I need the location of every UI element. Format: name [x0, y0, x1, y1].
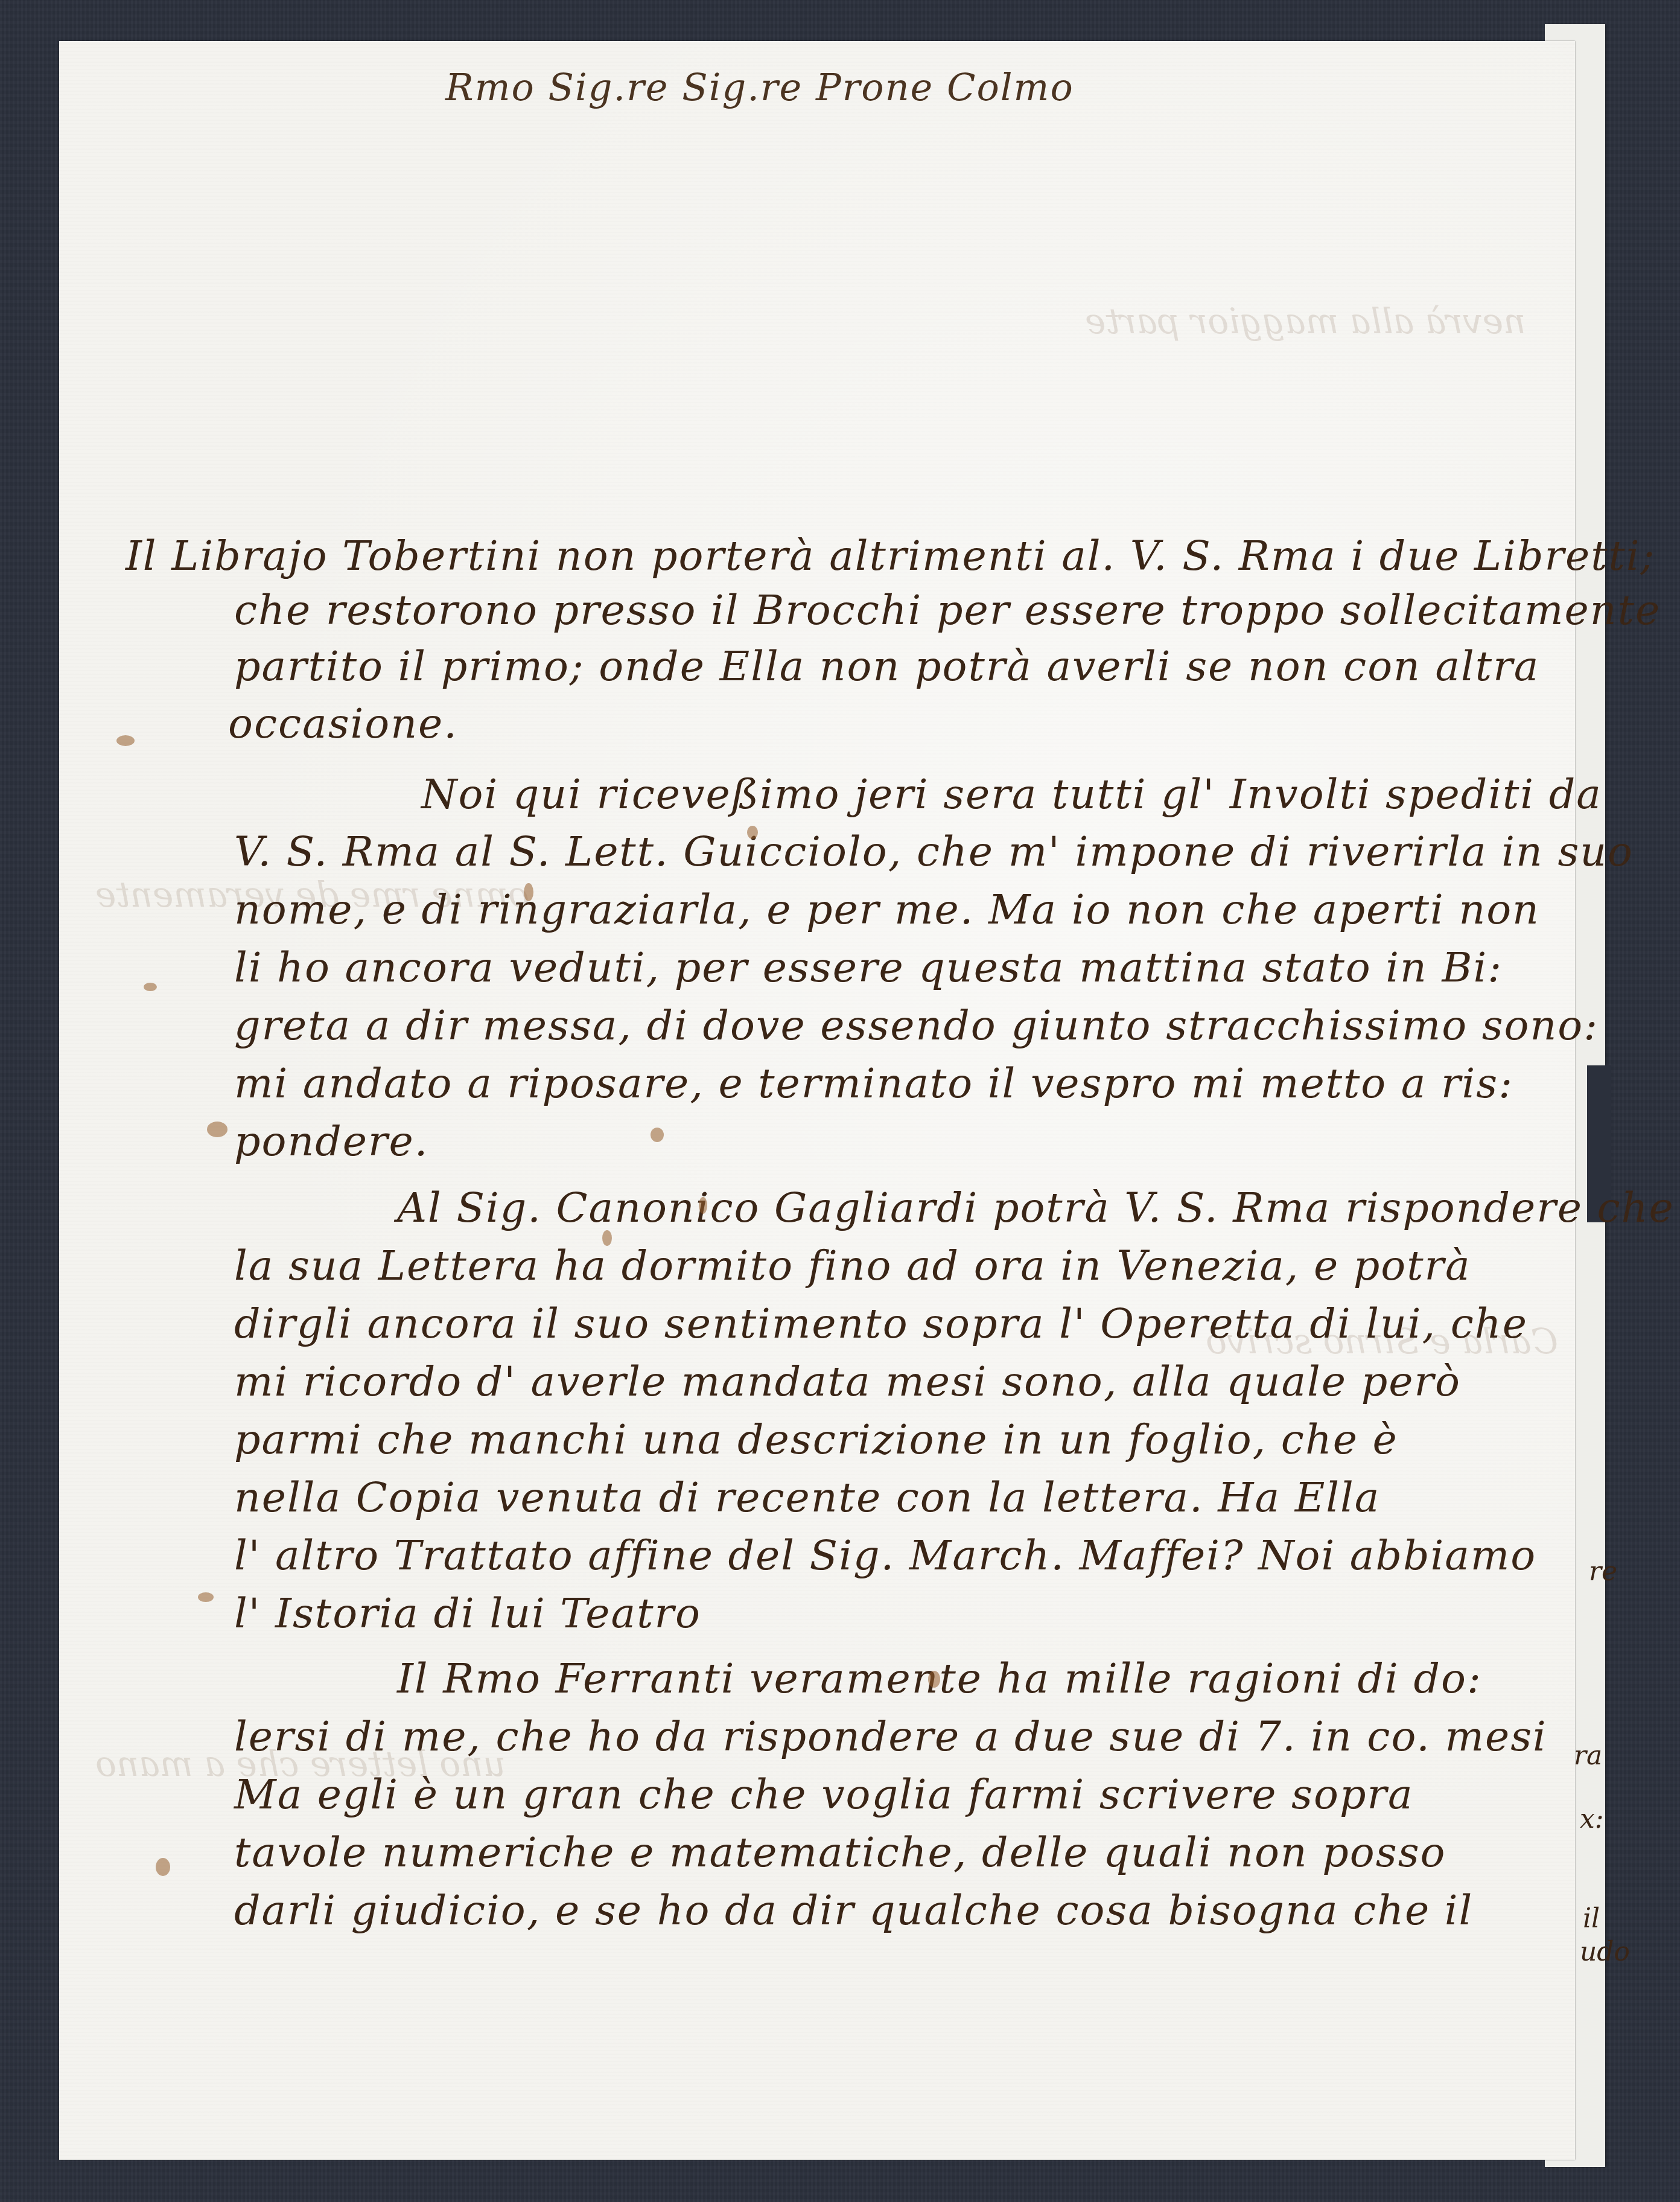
margin-note: ra	[1574, 1740, 1602, 1771]
foxing-spot	[602, 1230, 612, 1246]
letter-line: nella Copia venuta di recente con la let…	[234, 1478, 1380, 1519]
letter-line: partito il primo; onde Ella non potrà av…	[234, 646, 1539, 688]
letter-line: greta a dir messa, di dove essendo giunt…	[234, 1006, 1599, 1047]
foxing-spot	[747, 826, 758, 839]
margin-note: udo	[1580, 1936, 1630, 1967]
letter-line: occasione.	[228, 704, 458, 745]
letter-line: l' Istoria di lui Teatro	[234, 1594, 701, 1635]
letter-line: darli giudicio, e se ho da dir qualche c…	[234, 1891, 1473, 1932]
letter-line: dirgli ancora il suo sentimento sopra l'…	[234, 1304, 1528, 1345]
foxing-spot	[524, 883, 533, 901]
margin-note: il	[1583, 1903, 1600, 1934]
margin-note: x:	[1580, 1804, 1604, 1834]
letter-line: tavole numeriche e matematiche, delle qu…	[234, 1833, 1446, 1874]
margin-note: re	[1589, 1556, 1617, 1587]
foxing-spot	[116, 735, 135, 746]
letter-line: l' altro Trattato affine del Sig. March.…	[234, 1536, 1536, 1577]
letter-line: Il Librajo Tobertini non porterà altrime…	[126, 536, 1656, 577]
show-through-text: nevrà alla maggior parte	[1085, 301, 1526, 342]
salutation-heading: Rmo Sig.re Sig.re Prone Colmo	[445, 65, 1074, 109]
manuscript-sheet: nevrà alla maggior parte omne rme de ver…	[59, 41, 1575, 2160]
letter-line: mi andato a riposare, e terminato il ves…	[234, 1064, 1513, 1105]
letter-line: la sua Lettera ha dormito fino ad ora in…	[234, 1246, 1471, 1287]
foxing-spot	[198, 1592, 214, 1602]
letter-line: parmi che manchi una descrizione in un f…	[234, 1420, 1398, 1461]
letter-line: pondere.	[234, 1122, 428, 1163]
foxing-spot	[699, 1197, 707, 1214]
letter-line: che restorono presso il Brocchi per esse…	[234, 590, 1661, 631]
letter-line: Al Sig. Canonico Gagliardi potrà V. S. R…	[397, 1188, 1675, 1229]
letter-line: li ho ancora veduti, per essere questa m…	[234, 948, 1503, 989]
foxing-spot	[156, 1858, 170, 1876]
letter-line: Ma egli è un gran che che voglia farmi s…	[234, 1775, 1413, 1816]
foxing-spot	[207, 1122, 227, 1137]
letter-line: mi ricordo d' averle mandata mesi sono, …	[234, 1362, 1461, 1403]
letter-line: nome, e di ringraziarla, e per me. Ma io…	[234, 890, 1540, 931]
letter-line: V. S. Rma al S. Lett. Guicciolo, che m' …	[234, 832, 1634, 873]
letter-line: Noi qui riceveßimo jeri sera tutti gl' I…	[421, 774, 1602, 815]
letter-line: lersi di me, che ho da rispondere a due …	[234, 1717, 1547, 1758]
foxing-spot	[928, 1671, 940, 1688]
foxing-spot	[651, 1128, 664, 1142]
foxing-spot	[144, 983, 157, 991]
